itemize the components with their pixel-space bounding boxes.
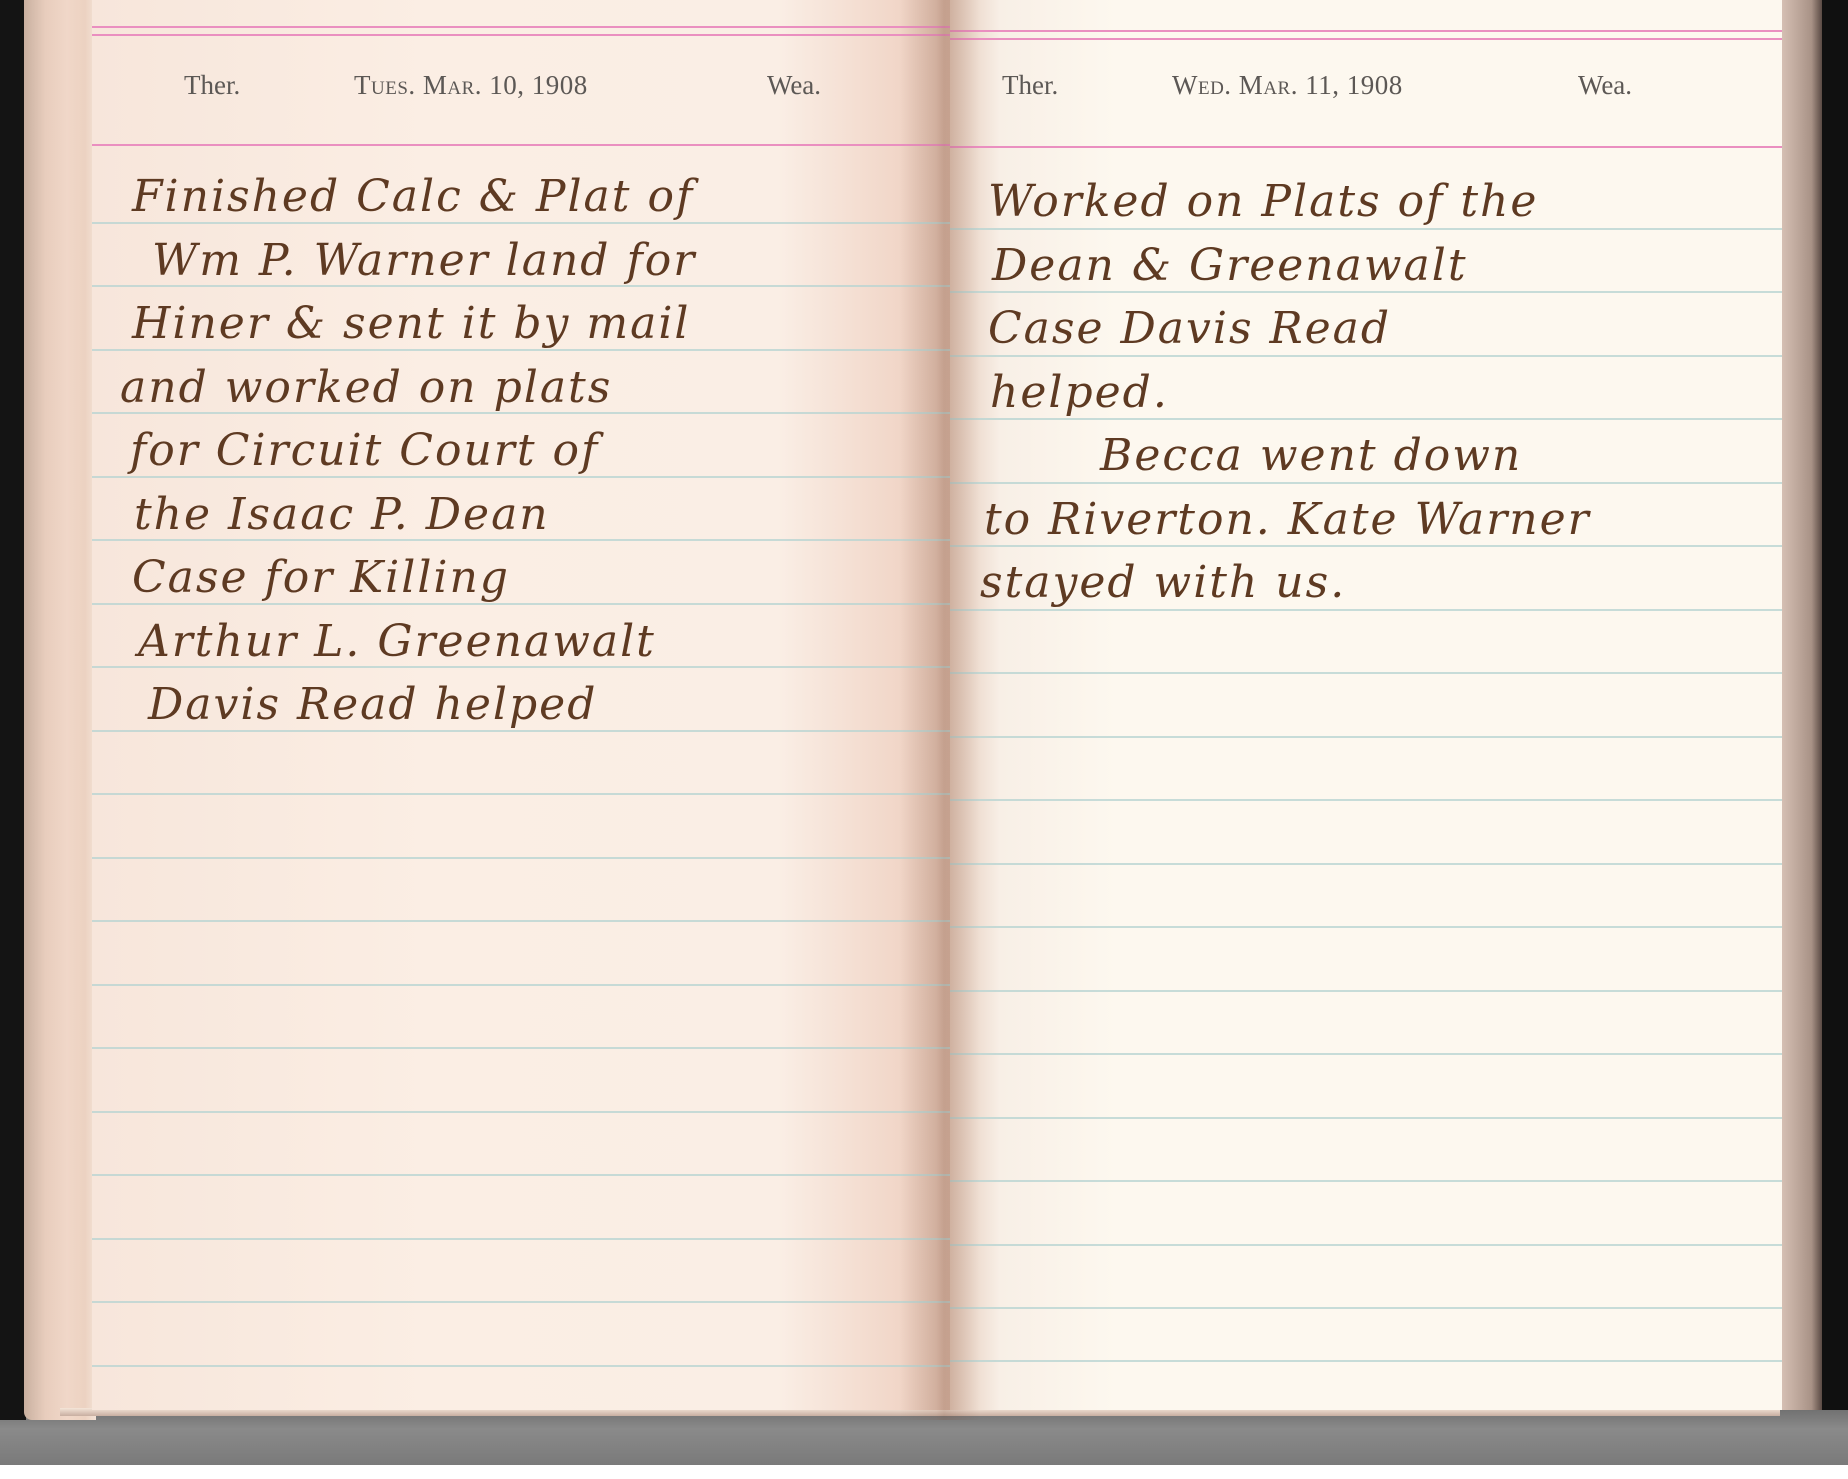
ruled-line (92, 1365, 950, 1367)
thermometer-label: Ther. (184, 70, 240, 101)
ruled-line (950, 1180, 1782, 1182)
left-page: Ther. Tues. Mar. 10, 1908 Wea. Finished … (92, 0, 950, 1410)
header-rule (92, 144, 950, 146)
entry-line: stayed with us. (950, 551, 1782, 615)
diary-scan: Ther. Tues. Mar. 10, 1908 Wea. Finished … (0, 0, 1848, 1479)
entry-line: Davis Read helped (92, 673, 950, 737)
ruled-line (92, 1238, 950, 1240)
header-double-rule-top (92, 26, 950, 28)
ruled-line (92, 920, 950, 922)
entry-line: Hiner & sent it by mail (92, 292, 950, 356)
ruled-line (950, 672, 1782, 674)
ruled-line (92, 1174, 950, 1176)
entry-line: Case for Killing (92, 546, 950, 610)
entry-line: Becca went down (950, 424, 1782, 488)
ruled-line (92, 984, 950, 986)
page-edges-left (24, 0, 96, 1420)
ruled-line (92, 793, 950, 795)
header-rule (950, 146, 1782, 148)
ruled-line (950, 736, 1782, 738)
entry-line: to Riverton. Kate Warner (950, 488, 1782, 552)
ruled-line (950, 1360, 1782, 1362)
book-cover-right (1820, 0, 1848, 1410)
ruled-line (950, 1117, 1782, 1119)
ruled-line (92, 1047, 950, 1049)
entry-line: for Circuit Court of (92, 419, 950, 483)
left-page-entry: Finished Calc & Plat of Wm P. Warner lan… (92, 165, 950, 737)
weather-label: Wea. (1578, 70, 1632, 101)
ruled-line (950, 863, 1782, 865)
ruled-line (950, 990, 1782, 992)
entry-line: Arthur L. Greenawalt (92, 610, 950, 674)
header-double-rule-bottom (950, 38, 1782, 40)
ruled-line (92, 1301, 950, 1303)
page-date: Tues. Mar. 10, 1908 (354, 70, 588, 101)
ruled-line (92, 1111, 950, 1113)
left-page-header: Ther. Tues. Mar. 10, 1908 Wea. (92, 70, 950, 110)
right-page: Ther. Wed. Mar. 11, 1908 Wea. Worked on … (950, 0, 1782, 1410)
entry-line: Case Davis Read (950, 297, 1782, 361)
ruled-line (950, 1053, 1782, 1055)
entry-line: Finished Calc & Plat of (92, 165, 950, 229)
page-date: Wed. Mar. 11, 1908 (1172, 70, 1403, 101)
entry-line: and worked on plats (92, 356, 950, 420)
ruled-line (950, 1307, 1782, 1309)
right-page-header: Ther. Wed. Mar. 11, 1908 Wea. (950, 70, 1782, 110)
weather-label: Wea. (767, 70, 821, 101)
thermometer-label: Ther. (1002, 70, 1058, 101)
entry-line: Wm P. Warner land for (92, 229, 950, 293)
ruled-line (92, 857, 950, 859)
ruled-line (950, 1244, 1782, 1246)
right-page-entry: Worked on Plats of the Dean & Greenawalt… (950, 170, 1782, 615)
ruled-line (950, 799, 1782, 801)
header-double-rule-top (950, 30, 1782, 32)
book-cover-left (0, 0, 26, 1420)
entry-line: Dean & Greenawalt (950, 234, 1782, 298)
entry-line: Worked on Plats of the (950, 170, 1782, 234)
header-double-rule-bottom (92, 34, 950, 36)
entry-line: helped. (950, 361, 1782, 425)
ruled-line (950, 926, 1782, 928)
entry-line: the Isaac P. Dean (92, 483, 950, 547)
page-edges-right (1780, 0, 1822, 1410)
